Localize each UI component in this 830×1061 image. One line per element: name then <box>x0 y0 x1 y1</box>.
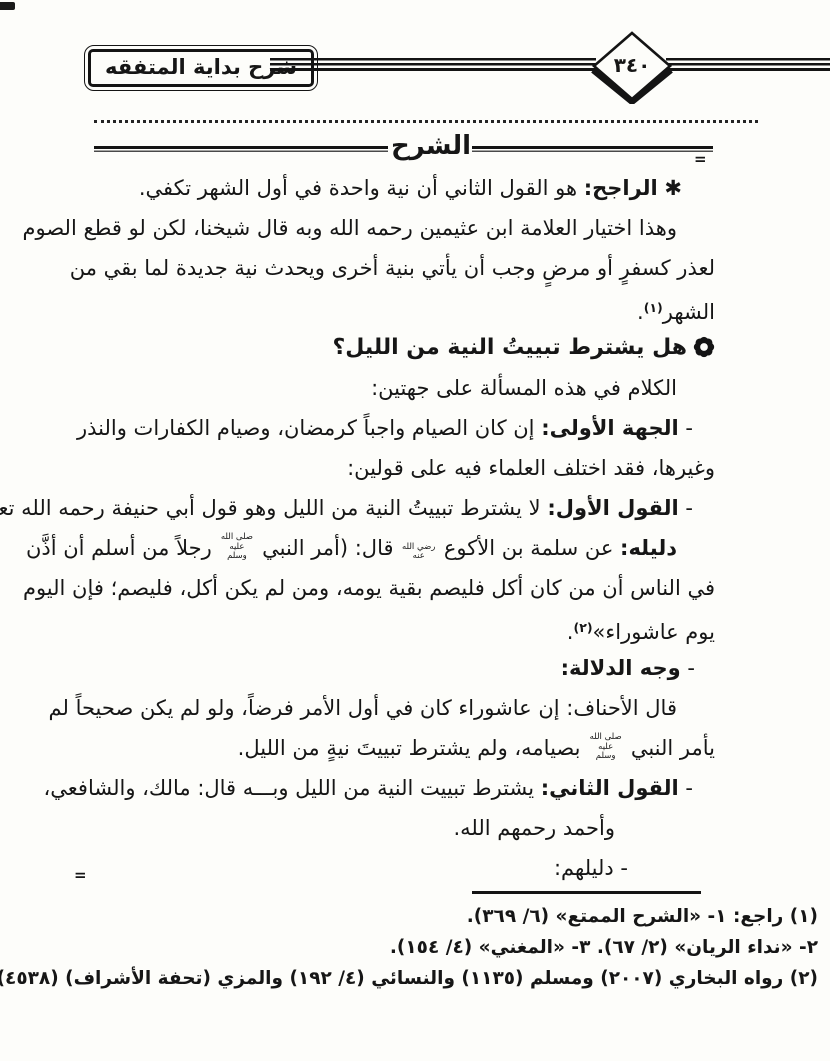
scan-smudge <box>0 2 15 10</box>
body-line: الكلام في هذه المسألة على جهتين: <box>75 368 715 408</box>
body-line: وهذا اختيار العلامة ابن عثيمين رحمه الله… <box>75 208 715 248</box>
continuation-mark-top: = <box>694 150 706 168</box>
body-line: يوم عاشوراء»(٢). <box>75 608 715 648</box>
footnote-ref: (١) <box>644 300 663 315</box>
body-line: ✱ الراجح: هو القول الثاني أن نية واحدة ف… <box>75 168 715 208</box>
body-text: ✱ الراجح: هو القول الثاني أن نية واحدة ف… <box>75 168 715 888</box>
dotted-divider <box>94 120 758 123</box>
continuation-mark-bottom: = <box>74 866 86 884</box>
header-rule-left <box>270 58 596 71</box>
body-line: دليله: عن سلمة بن الأكوع رضي الله عنه قا… <box>75 528 715 568</box>
body-line: وأحمد رحمهم الله. <box>75 808 715 848</box>
body-line: - وجه الدلالة: <box>75 648 715 688</box>
question-heading: هل يشترط تبييتُ النية من الليل؟ <box>75 328 715 368</box>
body-line: قال الأحناف: إن عاشوراء كان في أول الأمر… <box>75 688 715 728</box>
footnote-ref: (٢) <box>573 620 592 635</box>
body-line: الشهر(١). <box>75 288 715 328</box>
body-line: - القول الثاني: يشترط تبييت النية من الل… <box>75 768 715 808</box>
footnote-line: (١) راجع: ١- «الشرح الممتع» (٦/ ٣٦٩). <box>73 901 818 932</box>
body-line: في الناس أن من كان أكل فليصم بقية يومه، … <box>75 568 715 608</box>
body-line: لعذر كسفرٍ أو مرضٍ وجب أن يأتي بنية أخرى… <box>75 248 715 288</box>
page-number: ٣٤٠ <box>588 30 676 100</box>
scanned-book-page: { "header": { "book_title": "شرح بداية ا… <box>0 0 830 1061</box>
footnotes: (١) راجع: ١- «الشرح الممتع» (٦/ ٣٦٩).٢- … <box>73 901 818 994</box>
body-line: - القول الأول: لا يشترط تبييتُ النية من … <box>75 488 715 528</box>
footnote-separator <box>472 891 701 894</box>
body-line: - الجهة الأولى: إن كان الصيام واجباً كرم… <box>75 408 715 448</box>
honorific-ligature: صلى الله عليه وسلم <box>218 533 255 561</box>
body-line: يأمر النبي صلى الله عليه وسلم بصيامه، ول… <box>75 728 715 768</box>
header-rule-right <box>666 58 830 71</box>
footnote-line: (٢) رواه البخاري (٢٠٠٧) ومسلم (١١٣٥) وال… <box>73 963 818 994</box>
honorific-ligature: رضي الله عنه <box>400 543 437 562</box>
section-heading: الشرح <box>388 131 474 161</box>
body-line: وغيرها، فقد اختلف العلماء فيه على قولين: <box>75 448 715 488</box>
body-line: - دليلهم: <box>75 848 715 888</box>
honorific-ligature: صلى الله عليه وسلم <box>587 733 624 761</box>
section-rule-right <box>472 146 713 153</box>
rosette-icon <box>693 332 715 354</box>
footnote-line: ٢- «نداء الريان» (٢/ ٦٧). ٣- «المغني» (٤… <box>73 932 818 963</box>
section-rule-left <box>94 146 388 153</box>
